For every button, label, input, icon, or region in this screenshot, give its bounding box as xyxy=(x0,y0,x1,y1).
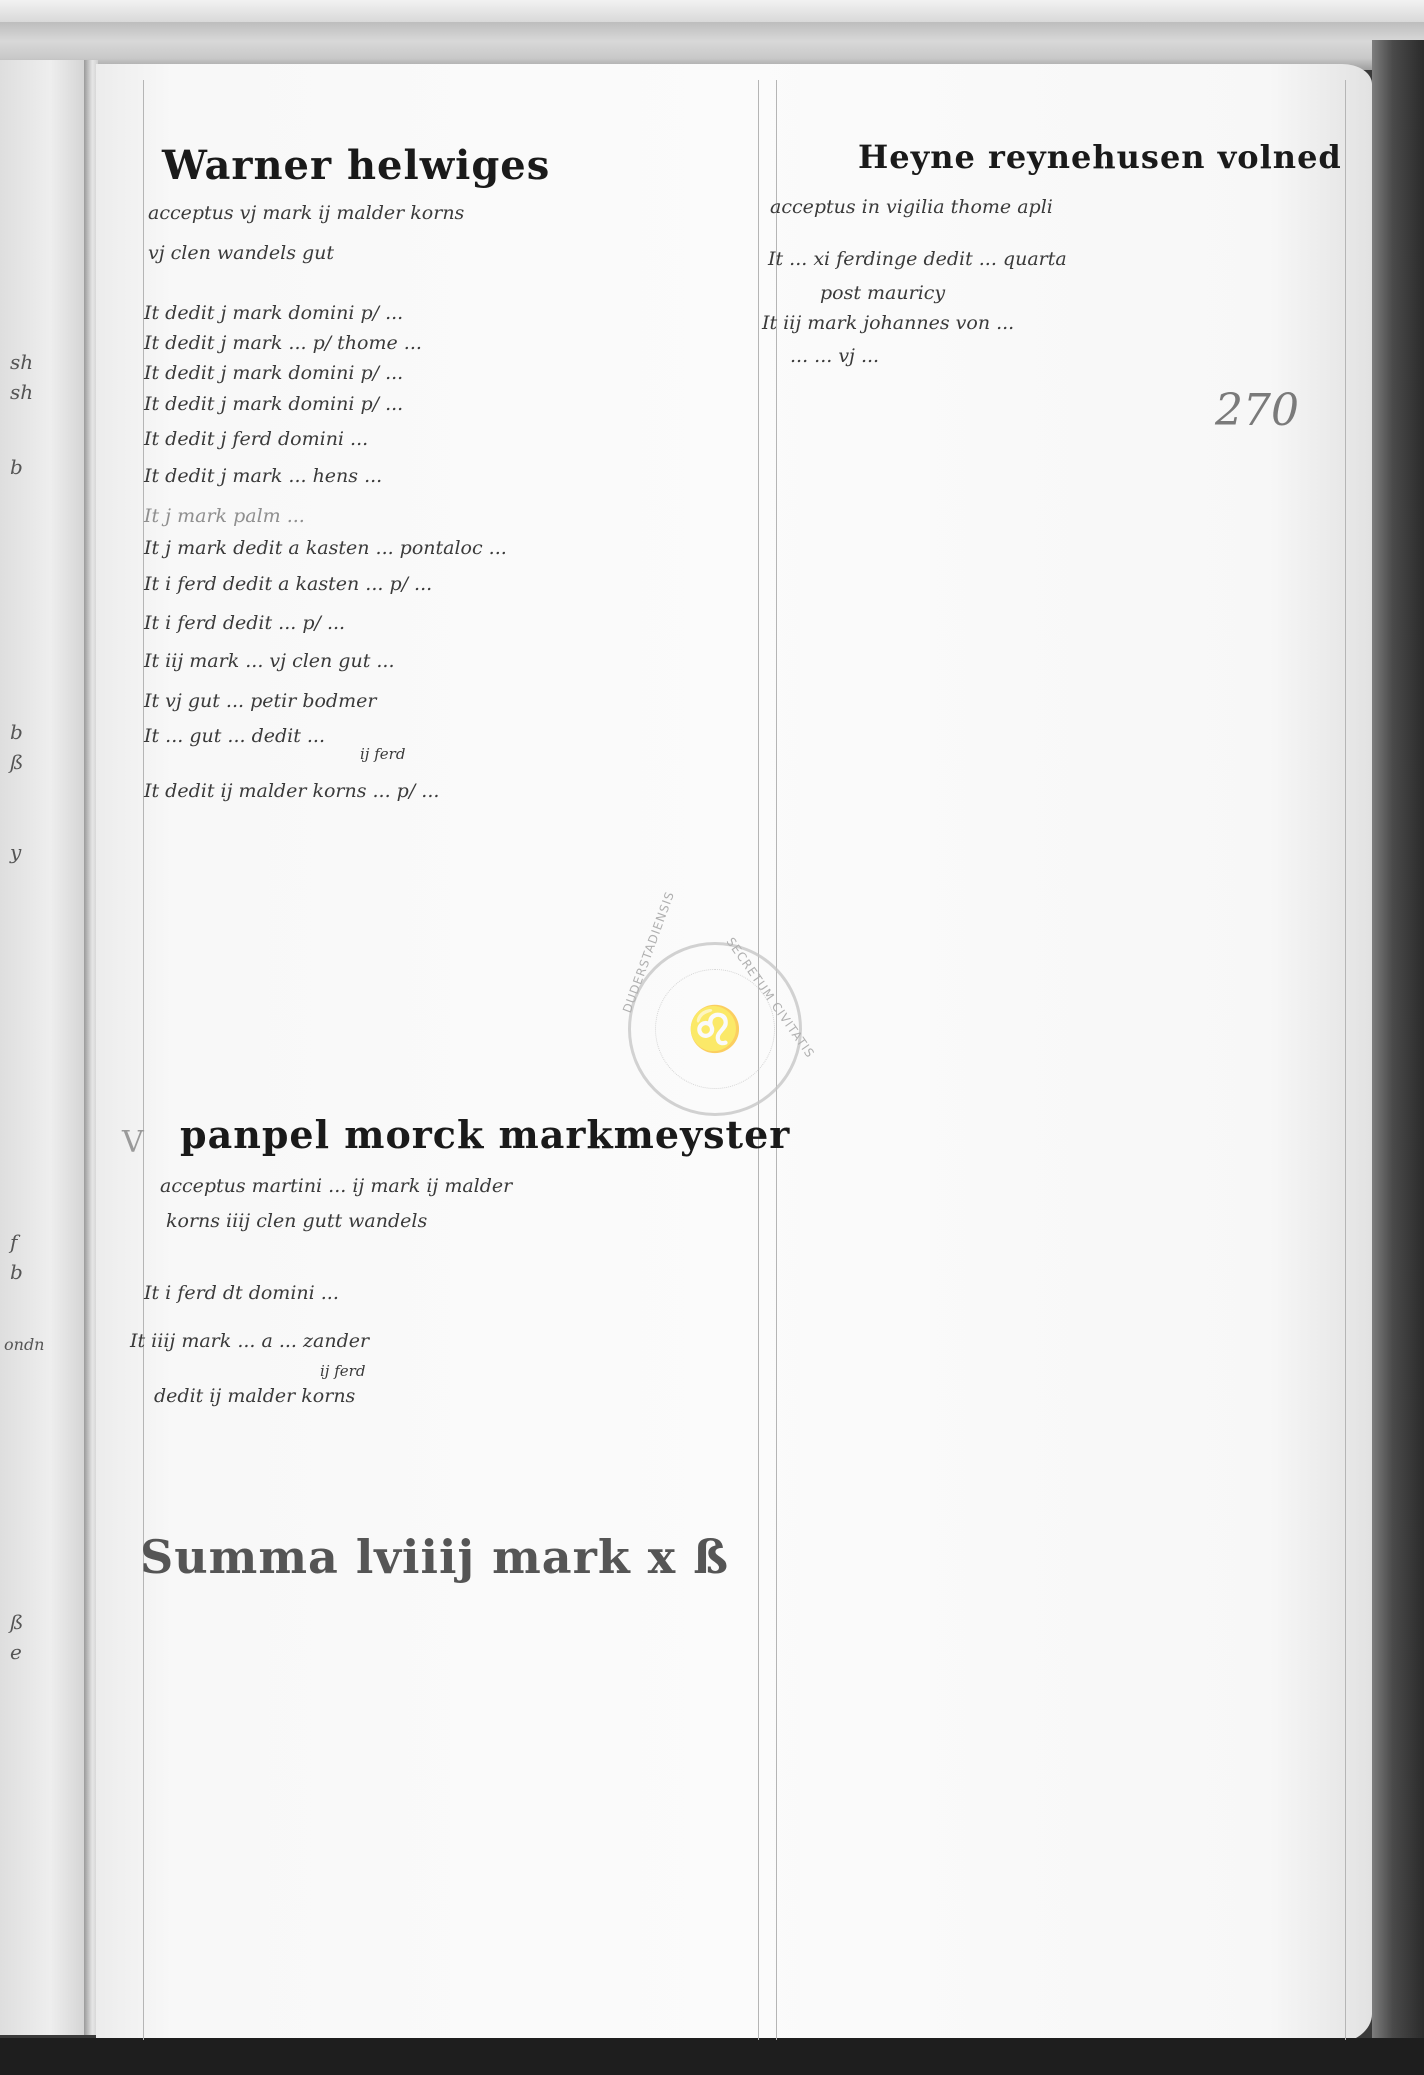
entry-line: It iij mark johannes von ... xyxy=(762,312,1014,334)
entry-line: vj clen wandels gut xyxy=(148,242,334,264)
scan-border-top xyxy=(0,0,1424,22)
margin-fragment: sh xyxy=(10,380,33,404)
entry-line: It iiij mark ... a ... zander xyxy=(130,1330,369,1352)
entry-line: It dedit j mark ... p/ thome ... xyxy=(144,332,422,354)
scan-border-bottom xyxy=(0,2038,1424,2075)
book-edge-right xyxy=(1372,40,1424,2075)
entry-line: ... ... vj ... xyxy=(790,345,879,367)
margin-mark: V xyxy=(122,1125,144,1160)
entry-line: post mauricy xyxy=(820,282,945,304)
margin-fragment: f xyxy=(10,1230,17,1254)
entry-line: It i ferd dt domini ... xyxy=(144,1282,339,1304)
folio-number: 270 xyxy=(1215,385,1299,436)
entry-line: korns iiij clen gutt wandels xyxy=(166,1210,427,1232)
entry-superscript: ij ferd xyxy=(360,745,405,763)
entry-heading: Heyne reynehusen volned xyxy=(858,138,1342,176)
margin-fragment: sh xyxy=(10,350,33,374)
margin-fragment: ondn xyxy=(4,1335,44,1354)
entry-line: It dedit ij malder korns ... p/ ... xyxy=(144,780,439,802)
entry-line: dedit ij malder korns xyxy=(154,1385,355,1407)
entry-superscript: ij ferd xyxy=(320,1362,365,1380)
ruling-line xyxy=(1345,80,1346,2040)
entry-line: acceptus martini ... ij mark ij malder xyxy=(160,1175,512,1197)
entry-line: It dedit j mark ... hens ... xyxy=(144,465,382,487)
city-seal-stamp: ♌ xyxy=(628,942,802,1116)
margin-fragment: b xyxy=(10,455,23,479)
margin-fragment: ß xyxy=(10,750,23,774)
margin-fragment: y xyxy=(10,840,21,864)
entry-line: It i ferd dedit ... p/ ... xyxy=(144,612,345,634)
entry-line: It dedit j mark domini p/ ... xyxy=(144,393,403,415)
entry-line: It vj gut ... petir bodmer xyxy=(144,690,376,712)
entry-heading: panpel morck markmeyster xyxy=(180,1112,790,1157)
entry-line: It ... gut ... dedit ... xyxy=(144,725,325,747)
entry-line: It dedit j mark domini p/ ... xyxy=(144,302,403,324)
entry-line: It i ferd dedit a kasten ... p/ ... xyxy=(144,573,432,595)
summa-total: Summa lviiij mark x ß xyxy=(140,1530,729,1584)
margin-fragment: ß xyxy=(10,1610,23,1634)
margin-fragment: b xyxy=(10,720,23,744)
entry-line: It ... xi ferdinge dedit ... quarta xyxy=(768,248,1067,270)
entry-heading: Warner helwiges xyxy=(162,142,550,189)
entry-line: It dedit j ferd domini ... xyxy=(144,428,368,450)
book-edge-top xyxy=(0,22,1424,70)
entry-line: It j mark dedit a kasten ... pontaloc ..… xyxy=(144,537,507,559)
entry-line: acceptus in vigilia thome apli xyxy=(770,196,1053,218)
entry-line: acceptus vj mark ij malder korns xyxy=(148,202,464,224)
entry-line: It j mark palm ... xyxy=(144,505,305,527)
entry-line: It dedit j mark domini p/ ... xyxy=(144,362,403,384)
margin-fragment: e xyxy=(10,1640,22,1664)
entry-line: It iij mark ... vj clen gut ... xyxy=(144,650,395,672)
margin-fragment: b xyxy=(10,1260,23,1284)
